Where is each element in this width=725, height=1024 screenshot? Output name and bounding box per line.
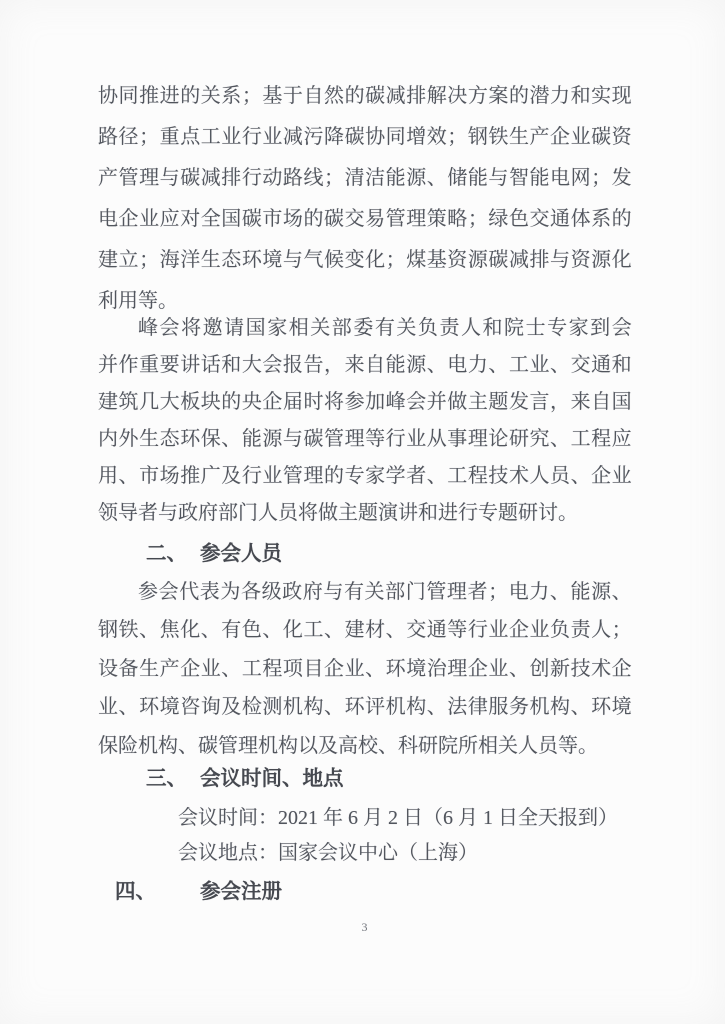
meeting-time-line: 会议时间：2021 年 6 月 2 日（6 月 1 日全天报到） xyxy=(98,806,632,830)
section-title: 参会人员 xyxy=(200,543,282,565)
scanned-document-page: 协同推进的关系；基于自然的碳减排解决方案的潜力和实现 路径；重点工业行业减污降碳… xyxy=(0,0,725,1024)
para2-line: 峰会将邀请国家相关部委有关负责人和院士专家到会 xyxy=(98,316,632,340)
para3-line: 参会代表为各级政府与有关部门管理者；电力、能源、 xyxy=(98,580,632,604)
para2-line: 建筑几大板块的央企届时将参加峰会并做主题发言，来自国 xyxy=(98,390,632,414)
para1-line-last: 利用等。 xyxy=(98,289,632,313)
section-number: 二、 xyxy=(146,542,200,566)
para1-line: 建立；海洋生态环境与气候变化；煤基资源碳减排与资源化 xyxy=(98,248,632,272)
para1-line: 电企业应对全国碳市场的碳交易管理策略；绿色交通体系的 xyxy=(98,207,632,231)
section-title: 参会注册 xyxy=(200,881,282,903)
para1-line: 产管理与碳减排行动路线；清洁能源、储能与智能电网；发 xyxy=(98,166,632,190)
section-heading-registration: 四、参会注册 xyxy=(98,880,632,904)
para3-line: 业、环境咨询及检测机构、环评机构、法律服务机构、环境 xyxy=(98,695,632,719)
para2-line: 并作重要讲话和大会报告，来自能源、电力、工业、交通和 xyxy=(98,353,632,377)
para2-line: 内外生态环保、能源与碳管理等行业从事理论研究、工程应 xyxy=(98,427,632,451)
section-heading-attendees: 二、参会人员 xyxy=(98,542,632,566)
para3-line: 钢铁、焦化、有色、化工、建材、交通等行业企业负责人； xyxy=(98,618,632,642)
page-number: 3 xyxy=(98,920,632,935)
para2-line: 用、市场推广及行业管理的专家学者、工程技术人员、企业 xyxy=(98,464,632,488)
para2-line-last: 领导者与政府部门人员将做主题演讲和进行专题研讨。 xyxy=(98,501,632,525)
para3-line-last: 保险机构、碳管理机构以及高校、科研院所相关人员等。 xyxy=(98,734,632,758)
meeting-place-line: 会议地点：国家会议中心（上海） xyxy=(98,841,632,865)
section-heading-time-place: 三、会议时间、地点 xyxy=(98,767,632,791)
section-number: 四、 xyxy=(115,880,200,904)
para1-line: 路径；重点工业行业减污降碳协同增效；钢铁生产企业碳资 xyxy=(98,125,632,149)
section-number: 三、 xyxy=(146,767,200,791)
para1-line: 协同推进的关系；基于自然的碳减排解决方案的潜力和实现 xyxy=(98,84,632,108)
section-title: 会议时间、地点 xyxy=(200,768,344,790)
para3-line: 设备生产企业、工程项目企业、环境治理企业、创新技术企 xyxy=(98,657,632,681)
